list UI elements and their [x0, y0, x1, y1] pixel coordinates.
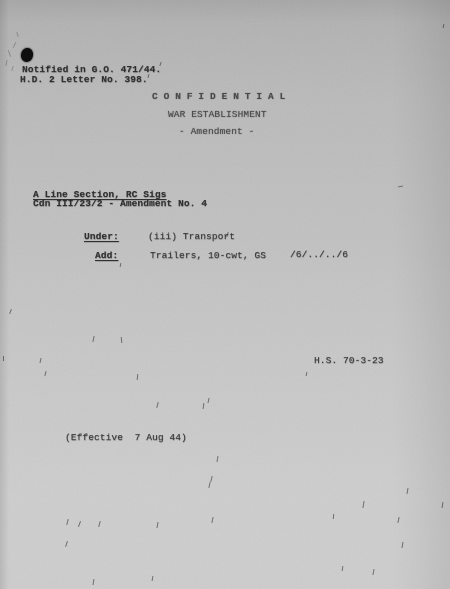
ink-blot-mark	[20, 47, 34, 63]
notice-line-2: H.D. 2 Letter No. 398.	[20, 74, 148, 86]
under-label: Under:	[84, 231, 119, 243]
classification-heading: C O N F I D E N T I A L	[152, 91, 285, 103]
scratch-mark	[397, 517, 399, 523]
pencil-scratch-mark	[5, 60, 7, 66]
unit-reference: Cdn III/23/2 - Amendment No. 4	[33, 198, 207, 210]
add-value: Trailers, 10-cwt, GS	[150, 250, 266, 262]
scratch-mark	[98, 521, 101, 527]
scratch-mark	[362, 501, 364, 508]
document-subtitle: - Amendment -	[179, 126, 254, 138]
scratch-mark	[372, 569, 374, 575]
scanned-document-page: Notified in G.O. 471/44. H.D. 2 Letter N…	[0, 0, 450, 589]
add-quantity: /6/../../6	[290, 249, 348, 261]
scratch-mark	[120, 263, 122, 267]
effective-date: (Effective 7 Aug 44)	[65, 432, 187, 444]
scratch-mark	[78, 521, 81, 527]
scratch-mark	[210, 476, 212, 482]
scratch-mark	[3, 356, 4, 361]
scratch-mark	[203, 403, 205, 409]
scratch-mark	[398, 186, 403, 188]
scratch-mark	[207, 398, 209, 403]
add-label: Add:	[95, 250, 118, 262]
document-title: WAR ESTABLISHMENT	[168, 109, 267, 121]
scratch-mark	[66, 519, 69, 525]
scratch-mark	[443, 24, 445, 28]
scratch-mark	[216, 456, 218, 462]
scratch-mark	[39, 358, 41, 363]
pencil-scratch-mark	[11, 66, 13, 71]
scan-edge-shading	[0, 0, 450, 589]
scratch-mark	[65, 541, 68, 547]
scratch-mark	[92, 336, 94, 342]
scratch-mark	[306, 372, 308, 376]
scratch-mark	[137, 374, 139, 380]
scratch-mark	[152, 576, 154, 581]
scratch-mark	[156, 522, 158, 528]
scratch-mark	[156, 402, 158, 408]
file-reference: H.S. 70-3-23	[314, 355, 384, 367]
under-value: (iii) Transport	[148, 231, 235, 243]
scratch-mark	[333, 514, 334, 519]
scratch-mark	[342, 566, 344, 571]
scratch-mark	[442, 502, 444, 508]
scratch-mark	[406, 488, 408, 494]
scratch-mark	[211, 517, 213, 523]
scratch-mark	[401, 542, 403, 548]
scratch-mark	[121, 337, 123, 343]
scratch-mark	[93, 579, 95, 585]
pencil-scratch-mark	[16, 32, 18, 37]
scratch-mark	[44, 371, 46, 376]
scratch-mark	[9, 309, 12, 314]
paper-grain-texture	[0, 0, 450, 589]
pencil-scratch-mark	[13, 42, 16, 48]
pencil-scratch-mark	[8, 50, 11, 57]
scratch-mark	[208, 482, 210, 488]
